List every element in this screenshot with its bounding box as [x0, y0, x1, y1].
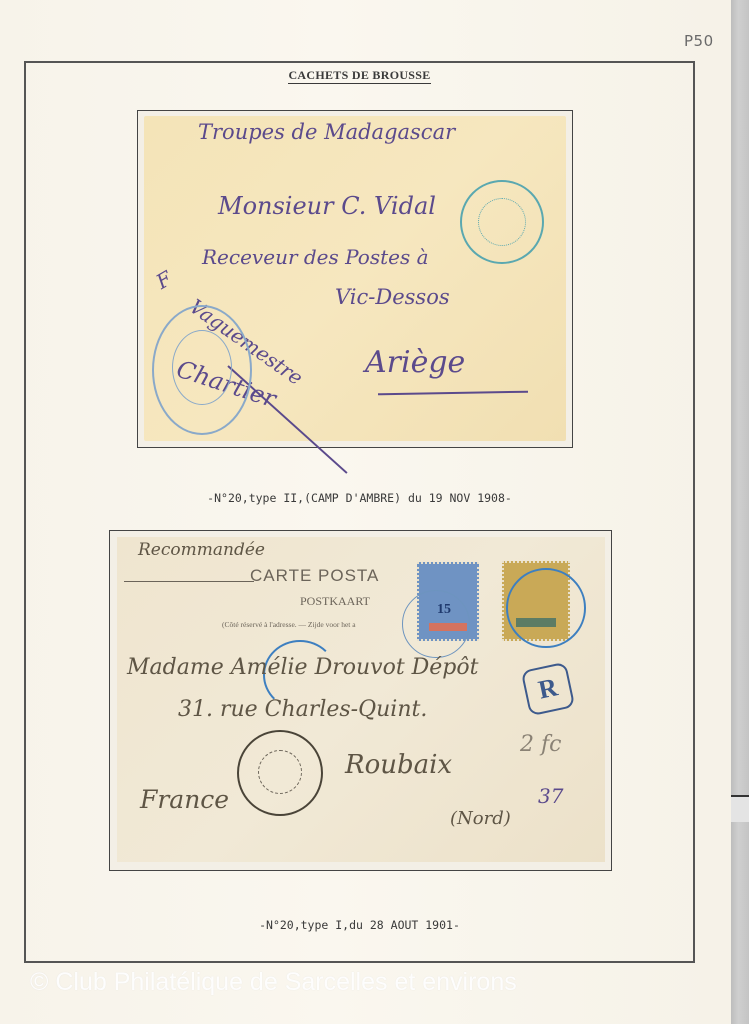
- handwriting-addressee: Madame Amélie Drouvot Dépôt: [127, 655, 478, 680]
- page-number: P50: [684, 32, 714, 50]
- postmark-camp-inner-ring: [172, 330, 232, 405]
- postmark-arrival-inner: [258, 750, 302, 794]
- page-title: CACHETS DE BROUSSE: [0, 68, 719, 83]
- handwriting-town: Vic-Dessos: [335, 285, 450, 309]
- postmark-stamp-cancel: [506, 568, 586, 648]
- printed-note: (Côté réservé à l'adresse. — Zijde voor …: [222, 620, 356, 629]
- handwriting-city: Roubaix: [345, 750, 452, 780]
- caption-postcard: -N°20,type I,du 28 AOUT 1901-: [0, 918, 719, 932]
- page-edge-shadow: [731, 0, 749, 1024]
- printed-rule: [124, 581, 254, 582]
- postmark-inner-ring: [478, 198, 526, 246]
- handwriting-addressee: Monsieur C. Vidal: [218, 192, 436, 220]
- registration-mark: R: [521, 662, 576, 717]
- handwriting-note-number: 37: [538, 784, 563, 808]
- postmark-stamp-cancel-2: [402, 590, 470, 658]
- handwriting-line-3: Receveur des Postes à: [202, 245, 429, 269]
- handwriting-region: (Nord): [450, 808, 511, 829]
- handwriting-note-fee: 2 fc: [520, 732, 561, 757]
- handwriting-department: Ariège: [365, 345, 465, 380]
- caption-cover: -N°20,type II,(CAMP D'AMBRE) du 19 NOV 1…: [0, 491, 719, 505]
- handwriting-country: France: [140, 785, 229, 814]
- page-title-text: CACHETS DE BROUSSE: [288, 68, 430, 84]
- handwriting-street: 31. rue Charles-Quint.: [178, 697, 427, 722]
- printed-header: CARTE POSTA: [250, 566, 379, 586]
- copyright-watermark: © Club Philatélique de Sarcelles et envi…: [30, 968, 517, 997]
- handwriting-registered: Recommandée: [138, 540, 265, 560]
- handwriting-line-1: Troupes de Madagascar: [198, 120, 455, 144]
- page-edge-highlight: [731, 797, 749, 822]
- printed-subheader: POSTKAART: [300, 594, 370, 609]
